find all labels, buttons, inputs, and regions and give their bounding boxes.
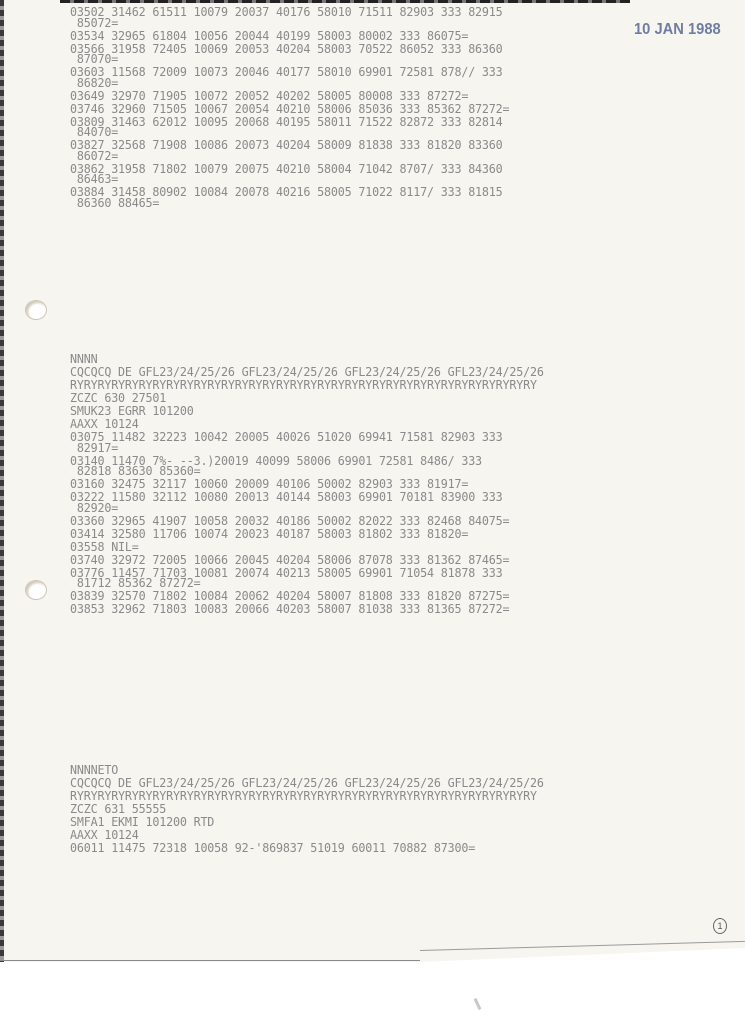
report-line: 03566 31958 72405 10069 20053 40204 5800… xyxy=(70,44,509,55)
synop-bulletin-smuk23: NNNNCQCQCQ DE GFL23/24/25/26 GFL23/24/25… xyxy=(70,354,544,615)
report-line: 03809 31463 62012 10095 20068 40195 5801… xyxy=(70,117,509,128)
report-line: 03862 31958 71802 10079 20075 40210 5800… xyxy=(70,164,509,175)
synop-bulletin-smfa1: NNNNETOCQCQCQ DE GFL23/24/25/26 GFL23/24… xyxy=(70,765,544,854)
report-line: 03603 11568 72009 10073 20046 40177 5801… xyxy=(70,67,509,78)
punch-hole-icon xyxy=(25,300,47,320)
report-line: 86360 88465= xyxy=(70,198,509,211)
report-line: SMUK23 EGRR 101200 xyxy=(70,406,544,419)
punch-hole-icon xyxy=(25,580,47,600)
report-line: SMFA1 EKMI 101200 RTD xyxy=(70,817,544,830)
scan-smudge xyxy=(474,998,482,1010)
paper-top-edge xyxy=(60,0,630,3)
report-line: 03414 32580 11706 10074 20023 40187 5800… xyxy=(70,529,544,542)
report-line: 03853 32962 71803 10083 20066 40203 5800… xyxy=(70,604,544,615)
page-number-circled: 1 xyxy=(713,918,727,934)
date-stamp: 10 JAN 1988 xyxy=(634,21,721,39)
report-line: 03502 31462 61511 10079 20037 40176 5801… xyxy=(70,7,509,18)
paper-bottom-edge xyxy=(0,960,420,961)
report-line: 03222 11580 32112 10080 20013 40144 5800… xyxy=(70,492,544,503)
synop-report-block-1: 03502 31462 61511 10079 20037 40176 5801… xyxy=(70,7,509,211)
report-line: 03075 11482 32223 10042 20005 40026 5102… xyxy=(70,432,544,443)
paper-left-edge xyxy=(0,0,4,962)
report-line: 06011 11475 72318 10058 92-'869837 51019… xyxy=(70,843,544,854)
report-line: 03827 32568 71908 10086 20073 40204 5800… xyxy=(70,140,509,151)
